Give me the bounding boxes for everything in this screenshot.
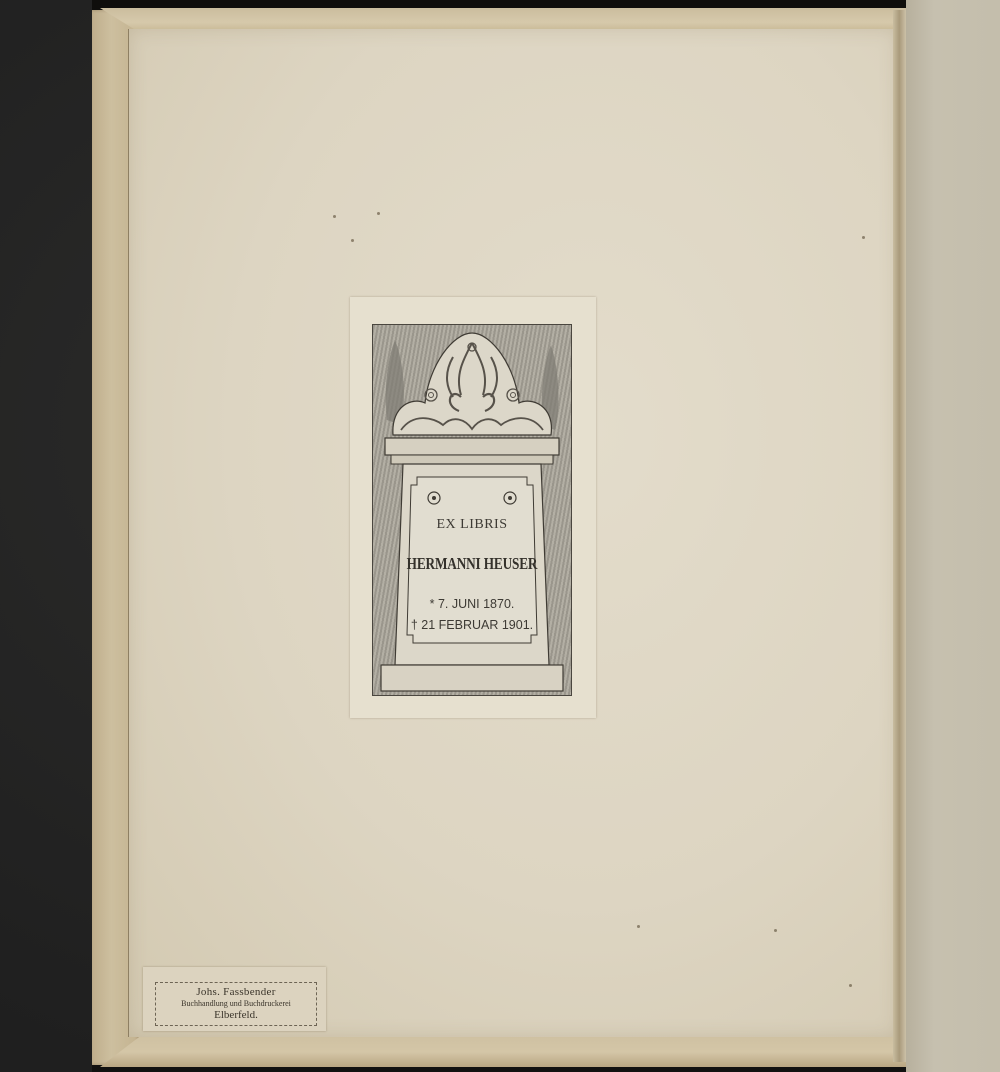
foxing-speck — [351, 239, 354, 242]
bookseller-label-border: Johs. Fassbender Buchhandlung und Buchdr… — [155, 982, 317, 1026]
vellum-turnin-bottom — [100, 1036, 908, 1067]
foxing-speck — [637, 925, 640, 928]
bookseller-city: Elberfeld. — [156, 1009, 316, 1021]
bookseller-label: Johs. Fassbender Buchhandlung und Buchdr… — [143, 967, 326, 1031]
foxing-speck — [849, 984, 852, 987]
death-date: † 21 FEBRUAR 1901. — [373, 618, 571, 632]
bookplate: EX LIBRIS HERMANNI HEUSER * 7. JUNI 1870… — [350, 297, 596, 718]
bookseller-name: Johs. Fassbender — [156, 986, 316, 998]
ex-libris-heading: EX LIBRIS — [373, 517, 571, 533]
flyleaf-edge — [906, 0, 1000, 1072]
foxing-speck — [333, 215, 336, 218]
bookplate-engraving: EX LIBRIS HERMANNI HEUSER * 7. JUNI 1870… — [372, 324, 572, 696]
hinge-gutter — [893, 10, 907, 1062]
foxing-speck — [377, 212, 380, 215]
foxing-speck — [774, 929, 777, 932]
foxing-speck — [862, 236, 865, 239]
birth-date: * 7. JUNI 1870. — [373, 597, 571, 611]
gravestone-illustration — [373, 325, 571, 695]
owner-name: HERMANNI HEUSER — [395, 554, 549, 574]
bookseller-trade: Buchhandlung und Buchdruckerei — [156, 999, 316, 1008]
